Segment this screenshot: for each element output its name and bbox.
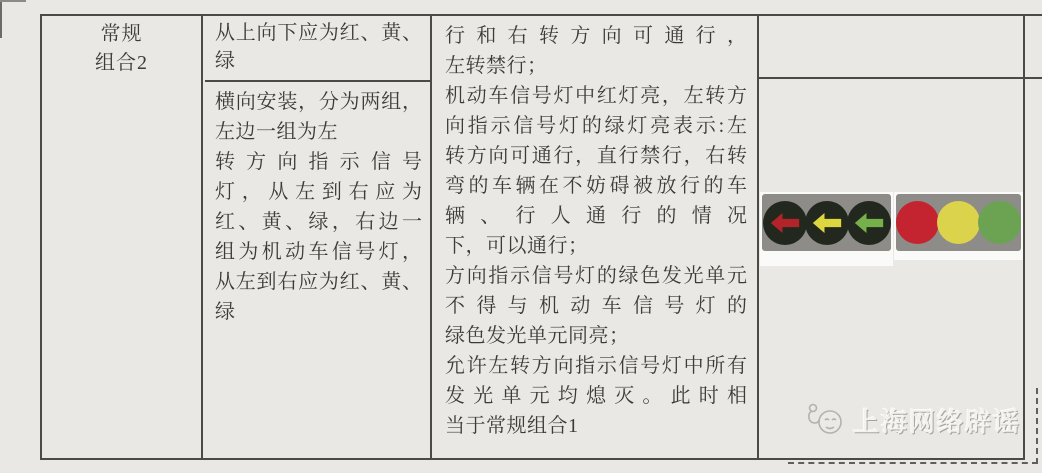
text-line: 绿 bbox=[215, 297, 422, 327]
red-left-arrow-icon bbox=[763, 201, 807, 245]
text-line: 弯的车辆在不妨碍被放行的车 bbox=[445, 171, 747, 201]
text-line: 灯，从左到右应为 bbox=[215, 177, 422, 207]
text-line: 下，可以通行； bbox=[445, 231, 747, 261]
text-line: 当于常规组合1 bbox=[445, 411, 747, 441]
text-line: 行和右转方向可通行， bbox=[445, 21, 747, 51]
crop-mark-horizontal bbox=[0, 0, 26, 2]
text-line: 绿色发光单元同亮； bbox=[445, 321, 747, 351]
table-border-extension bbox=[1025, 14, 1042, 16]
cell-combination-name: 常规 组合2 bbox=[42, 16, 203, 458]
watermark-text: 上海网络辟谣 bbox=[853, 402, 1021, 439]
cell-installation-column: 从上向下应为红、黄、绿 横向安装，分为两组，左边一组为左转方向指示信号灯，从左到… bbox=[205, 16, 432, 458]
red-light-icon bbox=[896, 201, 939, 244]
page: 常规 组合2 从上向下应为红、黄、绿 横向安装，分为两组，左边一组为左转方向指示… bbox=[0, 0, 1042, 473]
table-divider-extension bbox=[1025, 77, 1042, 79]
text-line: 转方向可通行，直行禁行，右转 bbox=[445, 141, 747, 171]
text-line: 辆、行人通行的情况 bbox=[445, 201, 747, 231]
text-line: 横向安装，分为两组， bbox=[215, 87, 422, 117]
text-line: 方向指示信号灯的绿色发光单元 bbox=[445, 261, 747, 291]
disc-signal-image bbox=[894, 192, 1023, 260]
text-line: 左边一组为左 bbox=[215, 117, 422, 147]
text-line: 向指示信号灯的绿灯亮表示:左 bbox=[445, 111, 747, 141]
text-line: 左转禁行； bbox=[445, 51, 747, 81]
combination-name-line: 组合2 bbox=[42, 49, 201, 78]
green-left-arrow-icon bbox=[847, 201, 891, 245]
cell-signal-meaning: 行和右转方向可通行，左转禁行；机动车信号灯中红灯亮，左转方向指示信号灯的绿灯亮表… bbox=[432, 16, 759, 458]
green-light-icon bbox=[978, 201, 1021, 244]
arrow-signal-panel bbox=[762, 194, 891, 251]
cell-horizontal-arrangement: 横向安装，分为两组，左边一组为左转方向指示信号灯，从左到右应为红、黄、绿，右边一… bbox=[205, 79, 430, 458]
arrow-signal-image bbox=[760, 192, 893, 266]
crop-mark-vertical bbox=[0, 0, 2, 38]
yellow-light-icon bbox=[937, 201, 980, 244]
text-line: 机动车信号灯中红灯亮，左转方 bbox=[445, 81, 747, 111]
text-line: 允许左转方向指示信号灯中所有 bbox=[445, 351, 747, 381]
disc-signal-panel bbox=[896, 194, 1021, 251]
text-line: 转方向指示信号 bbox=[215, 147, 422, 177]
text-line: 发光单元均熄灭。此时相 bbox=[445, 381, 747, 411]
text-line: 绿 bbox=[215, 47, 422, 75]
text-line: 不得与机动车信号灯的 bbox=[445, 291, 747, 321]
shanghai-piyao-logo-icon bbox=[804, 401, 846, 439]
text-line: 从上向下应为红、黄、 bbox=[215, 19, 422, 47]
text-line: 红、黄、绿，右边一 bbox=[215, 207, 422, 237]
cell-vertical-arrangement: 从上向下应为红、黄、绿 bbox=[205, 16, 430, 82]
yellow-left-arrow-icon bbox=[805, 201, 849, 245]
text-line: 从左到右应为红、黄、 bbox=[215, 267, 422, 297]
cell-illustration-empty bbox=[759, 16, 1023, 79]
text-line: 组为机动车信号灯， bbox=[215, 237, 422, 267]
watermark: 上海网络辟谣 bbox=[804, 398, 1021, 442]
combination-name-line: 常规 bbox=[42, 20, 201, 49]
